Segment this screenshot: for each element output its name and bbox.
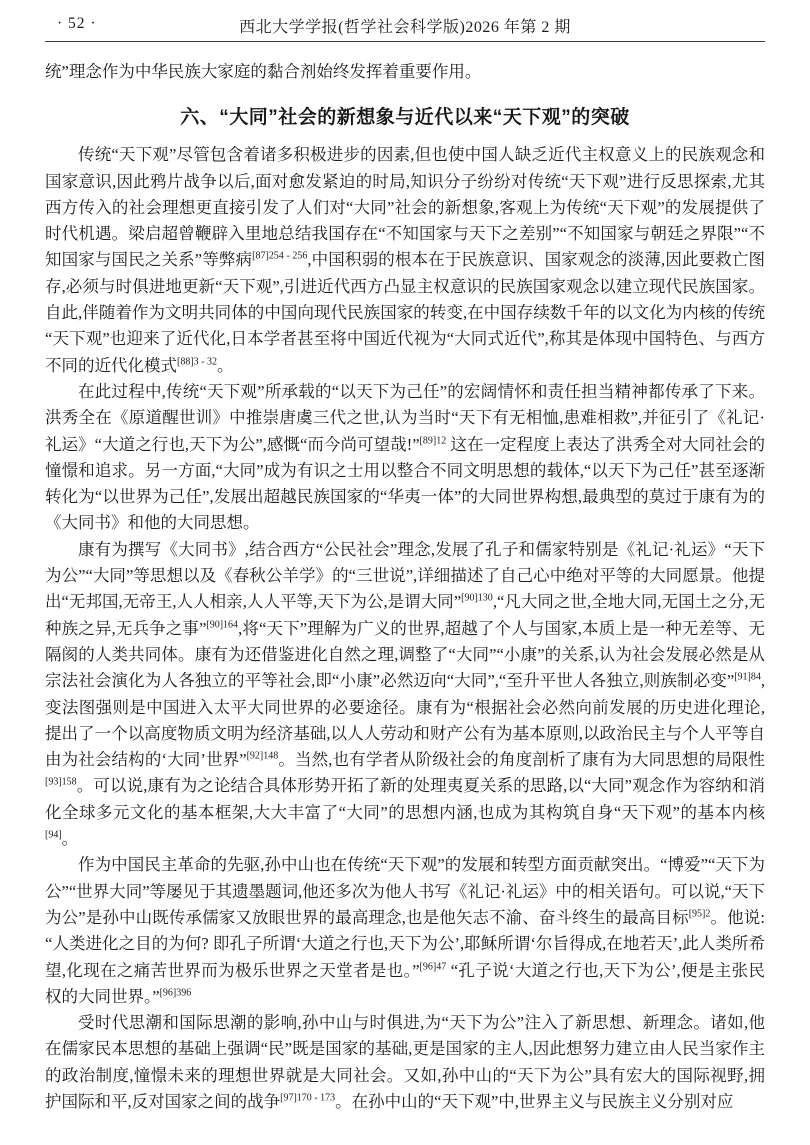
paragraph: 受时代思潮和国际思潮的影响,孙中山与时俱进,为“天下为公”注入了新思想、新理念。…	[45, 1010, 765, 1115]
citation-superscript: [88]3 - 32	[177, 356, 217, 367]
journal-title: 西北大学学报(哲学社会科学版)2026 年第 2 期	[45, 14, 765, 37]
article-body: 传统“天下观”尽管包含着诸多积极进步的因素,但也使中国人缺乏近代主权意义上的民族…	[45, 142, 765, 1115]
citation-superscript: [90]164	[206, 619, 238, 630]
header-rule	[45, 41, 765, 42]
citation-superscript: [96]47	[420, 961, 447, 972]
paragraph: 传统“天下观”尽管包含着诸多积极进步的因素,但也使中国人缺乏近代主权意义上的民族…	[45, 142, 765, 379]
citation-superscript: [89]12	[420, 435, 447, 446]
leading-paragraph: 统”理念作为中华民族大家庭的黏合剂始终发挥着重要作用。	[45, 59, 765, 85]
citation-superscript: [94]	[45, 830, 62, 841]
citation-superscript: [91]84	[734, 672, 761, 683]
citation-superscript: [87]254 - 256	[252, 251, 307, 262]
page-number: · 52 ·	[57, 15, 97, 33]
paragraph: 康有为撰写《大同书》,结合西方“公民社会”理念,发展了孔子和儒家特别是《礼记·礼…	[45, 537, 765, 853]
citation-superscript: [92]148	[247, 751, 279, 762]
citation-superscript: [90]130	[461, 593, 493, 604]
citation-superscript: [95]2	[689, 908, 711, 919]
citation-superscript: [97]170 - 173	[280, 1092, 335, 1103]
page-header: · 52 · 西北大学学报(哲学社会科学版)2026 年第 2 期	[45, 14, 765, 36]
section-heading: 六、“大同”社会的新想象与近代以来“天下观”的突破	[45, 102, 765, 129]
paragraph: 作为中国民主革命的先驱,孙中山也在传统“天下观”的发展和转型方面贡献突出。“博爱…	[45, 852, 765, 1010]
citation-superscript: [96]396	[160, 987, 192, 998]
page: · 52 · 西北大学学报(哲学社会科学版)2026 年第 2 期 统”理念作为…	[0, 0, 810, 1145]
paragraph: 在此过程中,传统“天下观”所承载的“以天下为己任”的宏阔情怀和责任担当精神都传承…	[45, 379, 765, 537]
citation-superscript: [93]158	[45, 777, 77, 788]
